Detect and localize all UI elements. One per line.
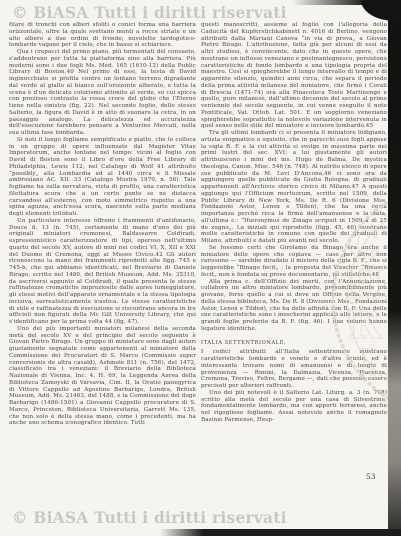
scan-corner-top-right	[361, 0, 401, 21]
page-number: 53	[366, 472, 376, 481]
watermark-top: © BiASA Tutti i diritti riservati	[12, 3, 287, 22]
paragraph: Uno dei più notevoli è il Salterio Lat. …	[201, 390, 387, 424]
section-heading: ITALIA SETTENTRIONALE.	[201, 340, 387, 347]
paragraph: Un particolare interesse offrono i framm…	[9, 218, 196, 326]
text-column-right: questi manoscritti, assieme al foglio co…	[201, 22, 387, 424]
paragraph: I codici attribuiti all'Italia settentri…	[201, 349, 387, 390]
paragraph: Se fossimo certi che Girolamo da Binago …	[201, 245, 387, 279]
watermark-bottom: © BiASA Tutti i diritti riservati	[12, 508, 287, 527]
paragraph: Alla prima c. dell'Offizio dei morti, co…	[201, 279, 387, 333]
paragraph: filare di tronchi con alberi sfoliti o c…	[9, 22, 196, 49]
text-column-left: filare di tronchi con alberi sfoliti o c…	[9, 22, 196, 427]
paragraph: Qua i crepacci del primo piano, più torm…	[9, 49, 196, 137]
scanned-book-page: © BiASA Tutti i diritti riservati filare…	[0, 0, 401, 536]
scan-edge-right	[388, 0, 401, 536]
paragraph: Tra gli ultimi lombardi ci si presenta i…	[201, 130, 387, 245]
scan-edge-bottom	[160, 529, 401, 536]
paragraph: questi manoscritti, assieme al foglio co…	[201, 22, 387, 130]
paragraph: Si noti il lungo fogliame semplificato e…	[9, 137, 196, 218]
paragraph: Uno dei più importanti miniatori milanes…	[9, 326, 196, 427]
